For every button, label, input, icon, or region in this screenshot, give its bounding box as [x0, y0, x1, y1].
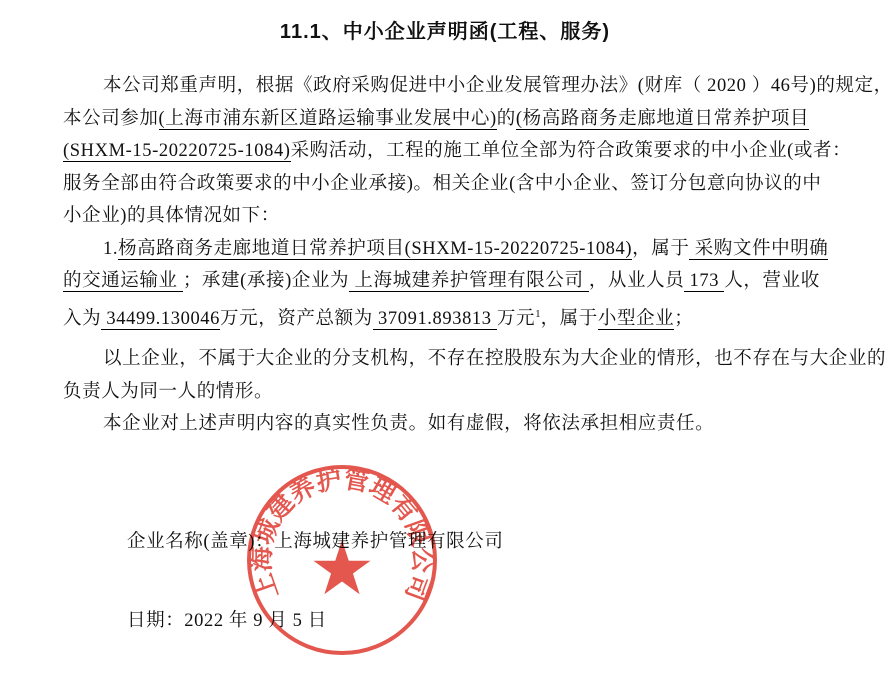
company-seal-stamp: 上海城建养护管理有限公司 — [230, 448, 454, 672]
text-line: 本公司参加(上海市浦东新区道路运输事业发展中心)的(杨高路商务走廊地道日常养护项… — [63, 103, 863, 136]
document-title: 11.1、中小企业声明函(工程、服务) — [0, 15, 890, 44]
text-line: 本公司郑重声明，根据《政府采购促进中小企业发展管理办法》(财库（ 2020 ）4… — [63, 70, 863, 103]
signature-date-line: 日期：2022 年 9 月 5 日 — [127, 605, 327, 638]
text-segment: 人，营业收 — [724, 271, 820, 291]
text-segment: 1. — [103, 239, 118, 259]
underlined-field-value: (SHXM-15-20220725-1084) — [63, 141, 291, 162]
underlined-field-value: 杨高路商务走廊地道日常养护项目(SHXM-15-20220725-1084) — [118, 239, 632, 260]
text-segment: 本公司参加 — [63, 109, 159, 129]
paragraph: 本公司郑重声明，根据《政府采购促进中小企业发展管理办法》(财库（ 2020 ）4… — [63, 70, 863, 233]
text-segment: 万元 — [497, 309, 535, 329]
text-line: 本企业对上述声明内容的真实性负责。如有虚假，将依法承担相应责任。 — [63, 408, 863, 441]
document-page: 11.1、中小企业声明函(工程、服务) 本公司郑重声明，根据《政府采购促进中小企… — [0, 0, 890, 691]
text-segment: 以上企业，不属于大企业的分支机构，不存在控股股东为大企业的情形，也不存在与大企业… — [103, 349, 886, 369]
text-line: (SHXM-15-20220725-1084)采购活动，工程的施工单位全部为符合… — [63, 135, 863, 168]
text-line: 服务全部由符合政策要求的中小企业承接)。相关企业(含中小企业、签订分包意向协议的… — [63, 168, 863, 201]
underlined-field-value: 的交通运输业 — [63, 271, 183, 292]
document-body: 本公司郑重声明，根据《政府采购促进中小企业发展管理办法》(财库（ 2020 ）4… — [63, 70, 863, 441]
underlined-field-value: 上海城建养护管理有限公司 — [349, 271, 589, 292]
text-segment: 入为 — [63, 309, 101, 329]
text-segment: 小企业)的具体情况如下： — [63, 206, 280, 226]
paragraph: 本企业对上述声明内容的真实性负责。如有虚假，将依法承担相应责任。 — [63, 408, 863, 441]
text-segment: ，从业人员 — [589, 271, 685, 291]
text-segment: 本企业对上述声明内容的真实性负责。如有虚假，将依法承担相应责任。 — [103, 414, 714, 434]
text-line: 小企业)的具体情况如下： — [63, 200, 863, 233]
text-line: 1.杨高路商务走廊地道日常养护项目(SHXM-15-20220725-1084)… — [63, 233, 863, 266]
text-segment: 采购活动，工程的施工单位全部为符合政策要求的中小企业(或者： — [291, 141, 852, 161]
signature-company-line: 企业名称(盖章)：上海城建养护管理有限公司 — [127, 526, 503, 559]
text-segment: 本公司郑重声明，根据《政府采购促进中小企业发展管理办法》(财库（ 2020 ）4… — [103, 76, 890, 96]
text-segment: 万元，资产总额为 — [220, 309, 373, 329]
underlined-field-value: 采购文件中明确 — [689, 239, 828, 260]
text-segment: ，属于 — [632, 239, 689, 259]
text-segment: ，属于 — [541, 309, 598, 329]
text-segment: 负责人为同一人的情形。 — [63, 382, 273, 402]
text-line: 入为 34499.130046万元，资产总额为 37091.893813 万元1… — [63, 298, 863, 331]
underlined-field-value: (杨高路商务走廊地道日常养护项目 — [516, 109, 809, 130]
underlined-field-value: 173 — [684, 271, 724, 292]
text-line: 以上企业，不属于大企业的分支机构，不存在控股股东为大企业的情形，也不存在与大企业… — [63, 343, 863, 376]
underlined-field-value: (上海市浦东新区道路运输事业发展中心) — [159, 109, 497, 130]
paragraph: 以上企业，不属于大企业的分支机构，不存在控股股东为大企业的情形，也不存在与大企业… — [63, 343, 863, 408]
text-line: 的交通运输业 ；承建(承接)企业为 上海城建养护管理有限公司 ，从业人员 173… — [63, 265, 863, 298]
text-segment: 的 — [497, 109, 516, 129]
text-segment: ；承建(承接)企业为 — [183, 271, 349, 291]
underlined-field-value: 小型企业 — [598, 309, 674, 330]
text-segment: ； — [674, 309, 693, 329]
text-segment: 服务全部由符合政策要求的中小企业承接)。相关企业(含中小企业、签订分包意向协议的… — [63, 174, 821, 194]
paragraph: 1.杨高路商务走廊地道日常养护项目(SHXM-15-20220725-1084)… — [63, 233, 863, 331]
underlined-field-value: 34499.130046 — [101, 309, 220, 330]
underlined-field-value: 37091.893813 — [373, 309, 497, 330]
text-line: 负责人为同一人的情形。 — [63, 376, 863, 409]
